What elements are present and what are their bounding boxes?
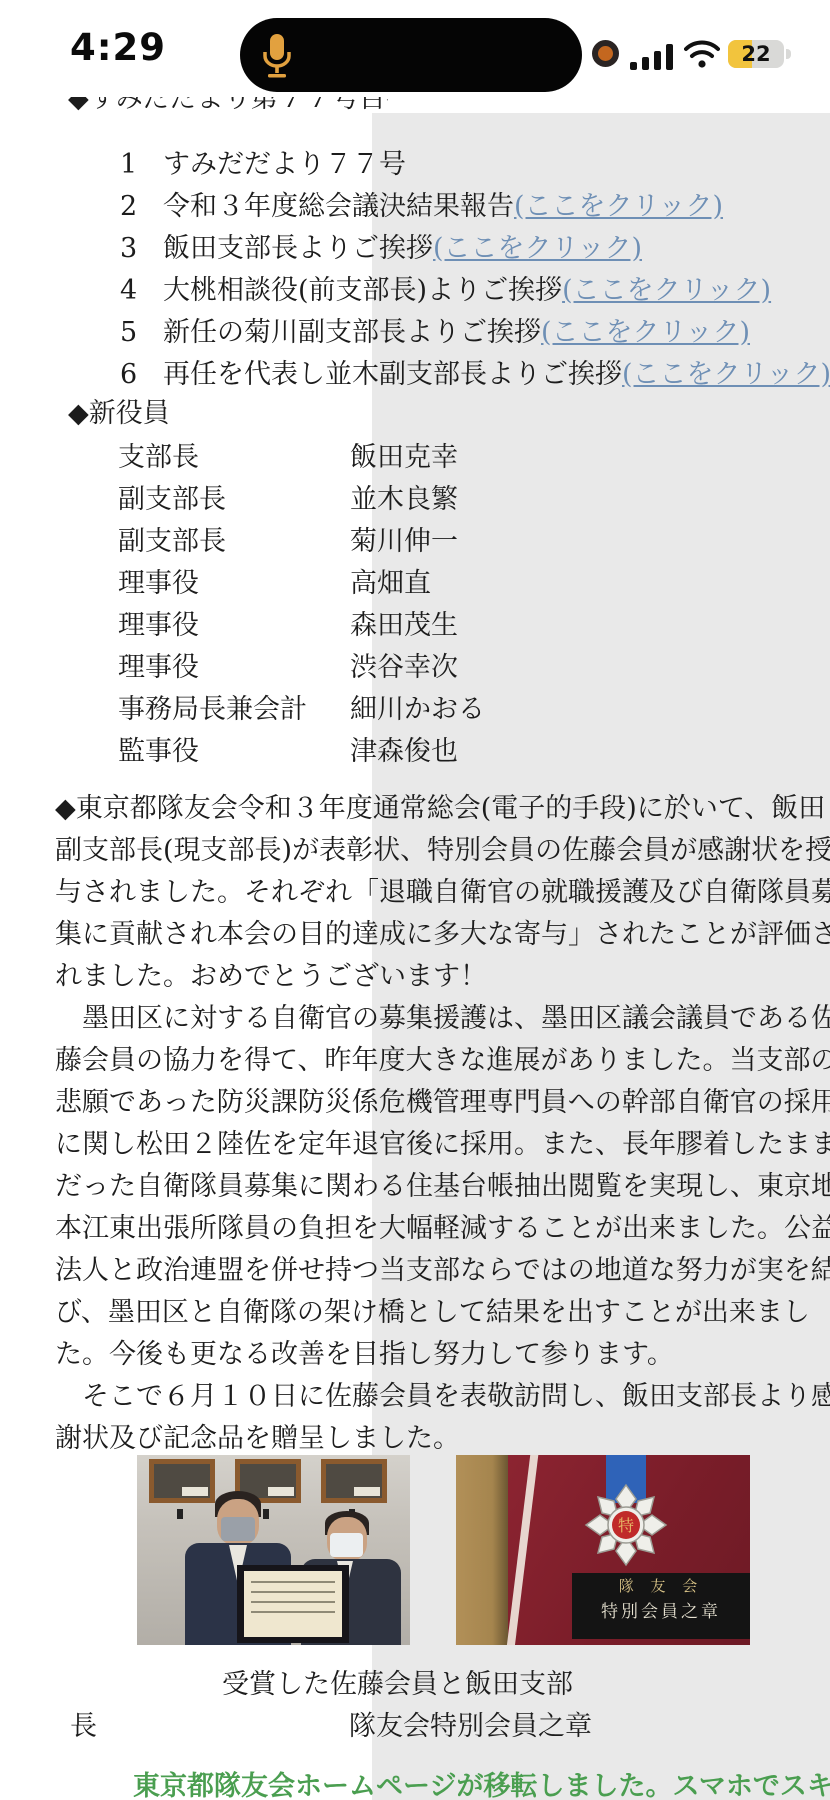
toc-text: 新任の菊川副支部長よりご挨拶(ここをクリック)	[163, 316, 750, 350]
table-wood	[456, 1455, 508, 1645]
toc-number: 2	[120, 190, 137, 224]
toc-text: すみだだより７７号	[163, 148, 406, 182]
wifi-icon	[684, 40, 720, 68]
battery-percentage: 22	[728, 40, 784, 68]
photo-caption-line2-left: 長	[70, 1710, 97, 1744]
paragraph-line: 本江東出張所隊員の負担を大幅軽減することが出来ました。公益	[55, 1212, 795, 1246]
status-bar: 4:29 22	[0, 0, 830, 97]
toc-text: 再任を代表し並木副支部長よりご挨拶(ここをクリック)	[163, 358, 830, 392]
paragraph-line: 集に貢献され本会の目的達成に多大な寄与」されたことが評価さ	[55, 918, 795, 952]
paragraph-line: 墨田区に対する自衛官の募集援護は、墨田区議会議員である佐	[55, 1002, 795, 1036]
paragraph-line: だった自衛隊員募集に関わる住基台帳抽出閲覧を実現し、東京地	[55, 1170, 795, 1204]
paragraph-line: 与されました。それぞれ「退職自衛官の就職援護及び自衛隊員募	[55, 876, 795, 910]
officer-name: 津森俊也	[350, 735, 458, 769]
medal-plaque: 隊 友 会 特別会員之章	[572, 1573, 750, 1639]
paragraph-line: れました。おめでとうございます！	[55, 960, 795, 994]
toc-text: 飯田支部長よりご挨拶(ここをクリック)	[163, 232, 642, 266]
officer-role: 副支部長	[118, 525, 226, 559]
paragraph-line: に関し松田２陸佐を定年退官後に採用。また、長年膠着したまま	[55, 1128, 795, 1162]
officer-role: 監事役	[118, 735, 199, 769]
toc-number: 6	[120, 358, 137, 392]
cellular-signal-icon	[630, 44, 676, 70]
officer-name: 菊川伸一	[350, 525, 458, 559]
paragraph-line: 悲願であった防災課防災係危機管理専門員への幹部自衛官の採用	[55, 1086, 795, 1120]
svg-text:特: 特	[618, 1516, 634, 1535]
officer-role: 理事役	[118, 651, 199, 685]
officer-role: 支部長	[118, 441, 199, 475]
certificate-frame	[237, 1565, 349, 1643]
paragraph-line: 謝状及び記念品を贈呈しました。	[55, 1422, 795, 1456]
officers-heading: ◆新役員	[68, 397, 170, 431]
paragraph-line: た。今後も更なる改善を目指し努力して参ります。	[55, 1338, 795, 1372]
toc-text: 令和３年度総会議決結果報告(ここをクリック)	[163, 190, 723, 224]
paragraph-line: 副支部長(現支部長)が表彰状、特別会員の佐藤会員が感謝状を授	[55, 834, 795, 868]
toc-number: 1	[120, 148, 137, 182]
photo-caption-line1: 受賞した佐藤会員と飯田支部	[222, 1668, 573, 1702]
officer-name: 渋谷幸次	[350, 651, 458, 685]
officer-name: 細川かおる	[350, 693, 485, 727]
clipped-section-heading: ◆すみだだより第７７号目次	[68, 97, 388, 123]
officer-name: 飯田克幸	[350, 441, 458, 475]
paragraph-line: び、墨田区と自衛隊の架け橋として結果を出すことが出来まし	[55, 1296, 795, 1330]
officer-name: 森田茂生	[350, 609, 458, 643]
photo-caption-line2-right: 隊友会特別会員之章	[349, 1710, 592, 1744]
toc-number: 4	[120, 274, 137, 308]
click-here-link[interactable]: (ここをクリック)	[514, 191, 723, 222]
paragraph-line: ◆東京都隊友会令和３年度通常総会(電子的手段)に於いて、飯田	[55, 792, 795, 826]
click-here-link[interactable]: (ここをクリック)	[541, 317, 750, 348]
paragraph-line: 藤会員の協力を得て、昨年度大きな進展がありました。当支部の	[55, 1044, 795, 1078]
officer-role: 事務局長兼会計	[118, 693, 307, 727]
clock-time: 4:29	[70, 26, 166, 69]
click-here-link[interactable]: (ここをクリック)	[433, 233, 642, 264]
battery-nub	[786, 49, 791, 59]
toc-number: 3	[120, 232, 137, 266]
click-here-link[interactable]: (ここをクリック)	[562, 275, 771, 306]
officer-role: 理事役	[118, 609, 199, 643]
officer-name: 並木良繁	[350, 483, 458, 517]
dynamic-island[interactable]	[240, 18, 582, 92]
paragraph-line: 法人と政治連盟を併せ持つ当支部ならではの地道な努力が実を結	[55, 1254, 795, 1288]
homepage-moved-notice: 東京都隊友会ホームページが移転しました。スマホでスキャン	[133, 1770, 830, 1800]
paragraph-line: そこで６月１０日に佐藤会員を表敬訪問し、飯田支部長より感	[55, 1380, 795, 1414]
click-here-link[interactable]: (ここをクリック)	[622, 359, 830, 390]
battery-icon: 22	[728, 40, 784, 68]
officer-name: 高畑直	[350, 567, 431, 601]
photo-award-ceremony	[137, 1455, 410, 1645]
photo-medal: 特 隊 友 会 特別会員之章	[456, 1455, 750, 1645]
microphone-icon	[262, 34, 292, 78]
medal-icon: 特	[584, 1483, 668, 1567]
mic-in-use-indicator-icon	[592, 40, 619, 67]
toc-text: 大桃相談役(前支部長)よりご挨拶(ここをクリック)	[163, 274, 771, 308]
wall-frame	[321, 1459, 387, 1503]
officer-role: 副支部長	[118, 483, 226, 517]
toc-number: 5	[120, 316, 137, 350]
wall-frame	[149, 1459, 215, 1503]
officer-role: 理事役	[118, 567, 199, 601]
